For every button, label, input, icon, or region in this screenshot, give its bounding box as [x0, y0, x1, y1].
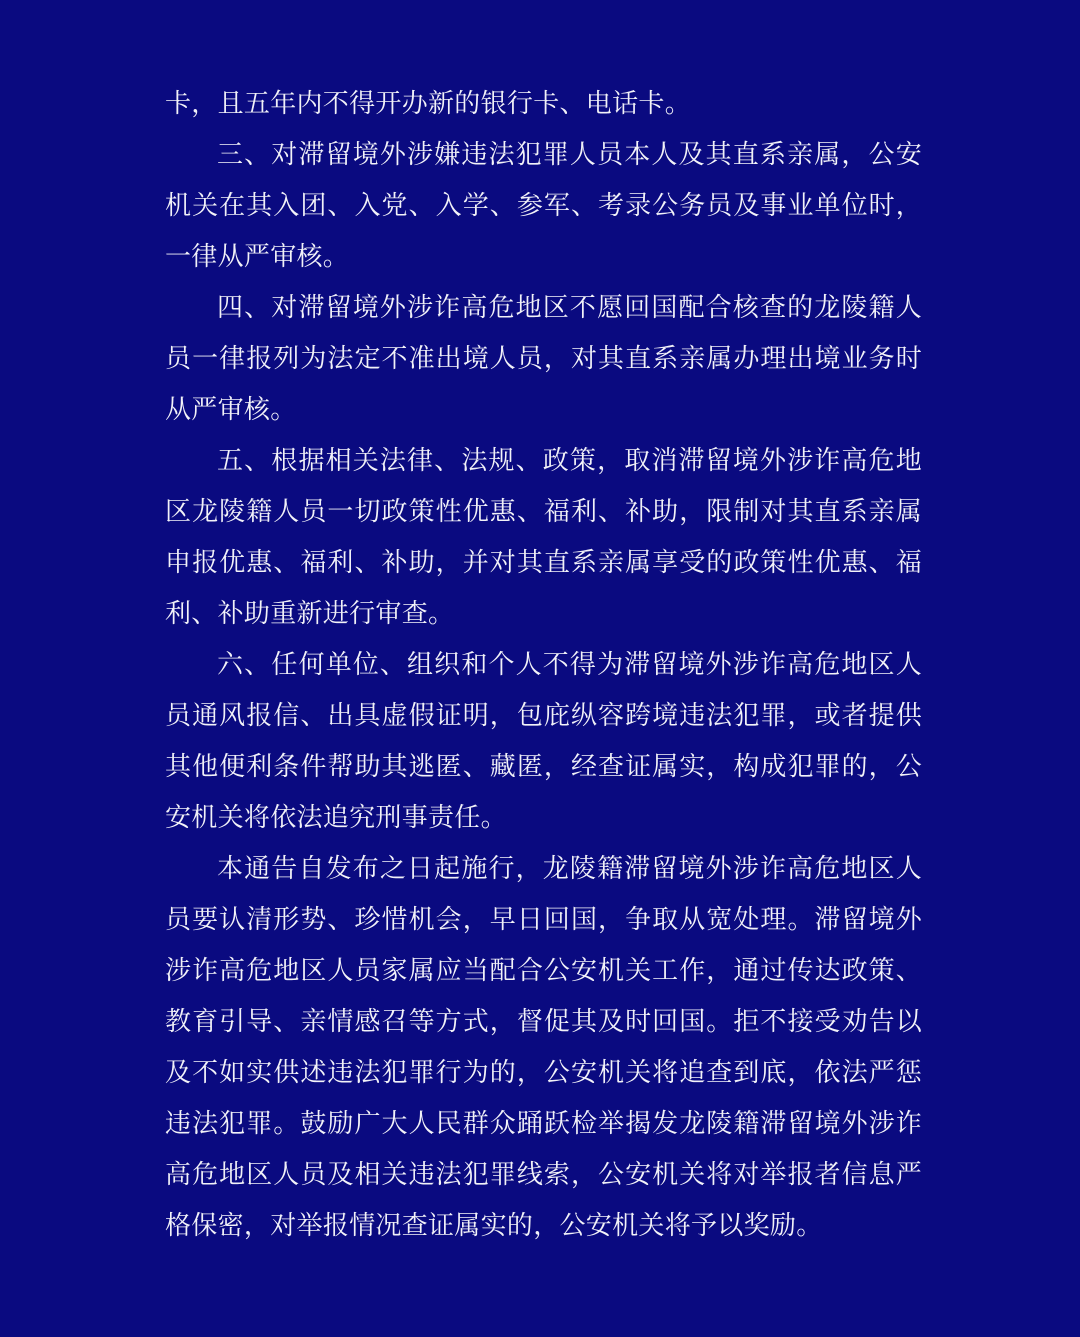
paragraph-item-3: 三、对滞留境外涉嫌违法犯罪人员本人及其直系亲属，公安机关在其入团、入党、入学、参… [165, 130, 922, 283]
paragraph-closing: 本通告自发布之日起施行，龙陵籍滞留境外涉诈高危地区人员要认清形势、珍惜机会，早日… [165, 844, 922, 1252]
paragraph-item-4: 四、对滞留境外涉诈高危地区不愿回国配合核查的龙陵籍人员一律报列为法定不准出境人员… [165, 283, 922, 436]
paragraph-continuation: 卡，且五年内不得开办新的银行卡、电话卡。 [165, 79, 922, 130]
paragraph-item-6: 六、任何单位、组织和个人不得为滞留境外涉诈高危地区人员通风报信、出具虚假证明，包… [165, 640, 922, 844]
notice-document: 卡，且五年内不得开办新的银行卡、电话卡。 三、对滞留境外涉嫌违法犯罪人员本人及其… [165, 79, 922, 1252]
paragraph-item-5: 五、根据相关法律、法规、政策，取消滞留境外涉诈高危地区龙陵籍人员一切政策性优惠、… [165, 436, 922, 640]
